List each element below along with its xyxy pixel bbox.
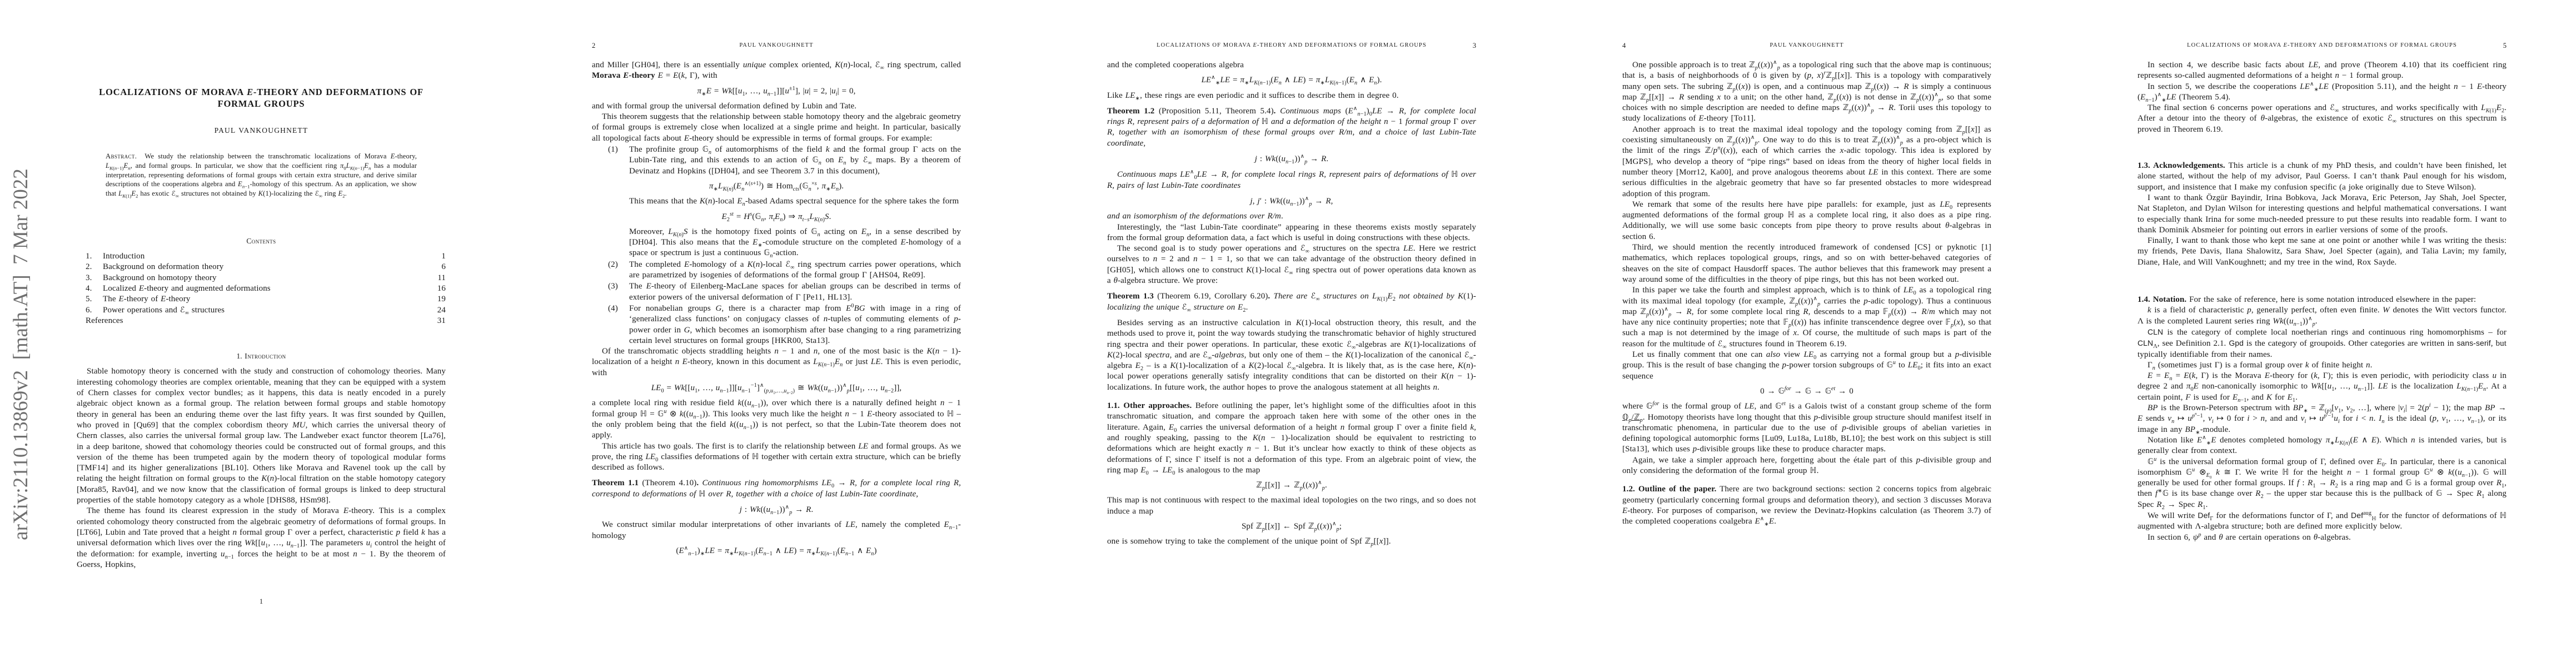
list-item: (4)For nonabelian groups G, there is a c… [629, 303, 961, 346]
paragraph: one is somehow trying to take the comple… [1107, 536, 1476, 547]
display-equation: E2st = Hs(𝔾n, πtEn) ⇒ πt−sLK(n)S. [592, 212, 961, 222]
paragraph: We remark that some of the results here … [1622, 200, 1991, 242]
paragraph: Finally, I want to thank those who kept … [2137, 236, 2507, 268]
paragraph: In section 4, we describe basic facts ab… [2137, 60, 2507, 82]
paragraph: In section 5, we describe the cooperatio… [2137, 82, 2507, 103]
paragraph: One possible approach is to treat ℤp((x)… [1622, 60, 1991, 125]
paragraph: a complete local ring with residue field… [592, 398, 961, 441]
page-4: 4 PAUL VANKOUGHNETT One possible approac… [1546, 0, 2061, 667]
paragraph: Let us finally comment that one can also… [1622, 350, 1991, 382]
arxiv-watermark: arXiv:2110.13869v2 [math.AT] 7 Mar 2022 [9, 147, 33, 561]
page-3: LOCALIZATIONS OF MORAVA E-THEORY AND DEF… [1030, 0, 1546, 667]
display-equation: π∗LK(n)(En∧(s+1)) ≅ Homcts(𝔾n×s, π∗En). [592, 181, 961, 192]
theorem: Continuous maps LE∧0LE → R, for complete… [1107, 170, 1476, 191]
page-2-content: and Miller [GH04], there is an essential… [592, 60, 961, 561]
paragraph: This article has two goals. The first is… [592, 441, 961, 474]
page-number-right: 5 [2503, 42, 2507, 50]
page-2: 2 PAUL VANKOUGHNETT and Miller [GH04], t… [515, 0, 1030, 667]
page-1: arXiv:2110.13869v2 [math.AT] 7 Mar 2022 … [0, 0, 515, 667]
paragraph: and Miller [GH04], there is an essential… [592, 60, 961, 82]
running-head: LOCALIZATIONS OF MORAVA E-THEORY AND DEF… [2137, 42, 2507, 51]
running-head: 2 PAUL VANKOUGHNETT [592, 42, 961, 51]
list-item: Moreover, LK(n)S is the homotopy fixed p… [629, 227, 961, 259]
page-1-number: 1 [77, 598, 446, 606]
paragraph: Interestingly, the “last Lubin-Tate coor… [1107, 222, 1476, 244]
paragraph: Like LE∗, these rings are even periodic … [1107, 91, 1476, 101]
paragraph: Stable homotopy theory is concerned with… [77, 366, 446, 506]
page-1-content: LOCALIZATIONS OF MORAVA E-THEORY AND DEF… [77, 0, 446, 570]
abstract: Abstract. We study the relationship betw… [106, 152, 417, 198]
paragraph: 𝔾u is the universal deformation formal g… [2137, 457, 2507, 510]
paragraph: CLN is the category of complete local no… [2137, 327, 2507, 360]
paragraph: We construct similar modular interpretat… [592, 520, 961, 541]
paragraph: The final section 6 concerns power opera… [2137, 103, 2507, 135]
display-equation: Spf ℤp[[x]] ← Spf ℤp((x))∧p; [1107, 521, 1476, 532]
paragraph: I want to thank Özgür Bayindir, Irina Bo… [2137, 193, 2507, 236]
paragraph: Third, we should mention the recently in… [1622, 242, 1991, 285]
paragraph: We will write DefΓ for the deformations … [2137, 510, 2507, 532]
paragraph: k is a field of characteristic p, genera… [2137, 305, 2507, 327]
paragraph: 1.1. Other approaches. Before outlining … [1107, 401, 1476, 476]
table-of-contents: 1.Introduction12.Background on deformati… [86, 251, 446, 326]
toc-row: 2.Background on deformation theory6 [86, 262, 446, 272]
running-title: PAUL VANKOUGHNETT [739, 42, 813, 48]
page-number-left: 2 [592, 42, 595, 50]
list-item: This means that the K(n)-local En-based … [629, 196, 961, 207]
paragraph: Γn (sometimes just Γ) is a formal group … [2137, 360, 2507, 371]
toc-row: 1.Introduction1 [86, 251, 446, 262]
toc-row: 3.Background on homotopy theory11 [86, 273, 446, 283]
display-equation: j, j′ : Wk((un−1))∧p → R, [1107, 196, 1476, 207]
paragraph: where 𝔾for is the formal group of LE, an… [1622, 401, 1991, 455]
display-equation: ℤp[[x]] → ℤp((x))∧p. [1107, 480, 1476, 491]
display-equation: (E∧n−1)∗LE = π∗LK(n−1)(En−1 ∧ LE) = π∗LK… [592, 546, 961, 556]
paragraph: 1.3. Acknowledgements. This article is a… [2137, 161, 2507, 193]
toc-row: References31 [86, 316, 446, 326]
section-heading: Contents [77, 236, 446, 246]
paragraph: The second goal is to study power operat… [1107, 243, 1476, 286]
paper-title: LOCALIZATIONS OF MORAVA E-THEORY AND DEF… [77, 87, 446, 109]
paragraph: BP is the Brown-Peterson spectrum with B… [2137, 403, 2507, 435]
paragraph: Besides serving as an instructive calcul… [1107, 318, 1476, 393]
running-head: 4 PAUL VANKOUGHNETT [1622, 42, 1991, 51]
running-head: LOCALIZATIONS OF MORAVA E-THEORY AND DEF… [1107, 42, 1476, 51]
display-equation: 0 → 𝔾for → 𝔾 → 𝔾et → 0 [1622, 386, 1991, 397]
display-equation: j : Wk((un−1))∧p → R. [592, 505, 961, 515]
theorem: Theorem 1.1 (Theorem 4.10). Continuous r… [592, 478, 961, 500]
running-title: LOCALIZATIONS OF MORAVA E-THEORY AND DEF… [2187, 42, 2457, 48]
page-5: LOCALIZATIONS OF MORAVA E-THEORY AND DEF… [2061, 0, 2576, 667]
paragraph: 1.2. Outline of the paper. There are two… [1622, 484, 1991, 527]
page-5-content: In section 4, we describe basic facts ab… [2137, 60, 2507, 543]
display-equation: LE0 = Wk[[u1, …, un−1]][un−1−1]∧(p,u1,…,… [592, 383, 961, 394]
paragraph: Another approach is to treat the maximal… [1622, 125, 1991, 200]
running-title: PAUL VANKOUGHNETT [1770, 42, 1843, 48]
paragraph: 1.4. Notation. For the sake of reference… [2137, 295, 2507, 305]
paragraph: In section 6, ψp and θ are certain opera… [2137, 532, 2507, 543]
toc-row: 4.Localized E-theory and augmented defor… [86, 283, 446, 294]
display-equation: j : Wk((un−1))∧p → R. [1107, 154, 1476, 165]
paragraph: The theme has found its clearest express… [77, 506, 446, 570]
paragraph: Again, we take a simpler approach here, … [1622, 455, 1991, 477]
toc-row: 5.The E-theory of E-theory19 [86, 294, 446, 305]
paragraph: E = En = E(k, Γ) is the Morava E-theory … [2137, 371, 2507, 403]
paragraph: Of the transchromatic objects straddling… [592, 346, 961, 379]
theorem: Theorem 1.3 (Theorem 6.19, Corollary 6.2… [1107, 291, 1476, 313]
section-heading: 1. Introduction [77, 351, 446, 361]
display-equation: π∗E = Wk[[u1, …, un−1]][u±1], |u| = 2, |… [592, 86, 961, 97]
theorem: Theorem 1.2 (Proposition 5.11, Theorem 5… [1107, 106, 1476, 149]
running-title: LOCALIZATIONS OF MORAVA E-THEORY AND DEF… [1157, 42, 1427, 48]
author-name: PAUL VANKOUGHNETT [77, 125, 446, 136]
list-item: (3)The E-theory of Eilenberg-MacLane spa… [629, 281, 961, 303]
page-3-content: and the completed cooperations algebraLE… [1107, 60, 1476, 547]
paragraph: This map is not continuous with respect … [1107, 495, 1476, 517]
paragraph: In this paper we take the fourth and sim… [1622, 285, 1991, 350]
paragraph: and an isomorphism of the deformations o… [1107, 211, 1476, 222]
paragraph: This theorem suggests that the relations… [592, 112, 961, 144]
paragraph: Notation like E∧∗E denotes completed hom… [2137, 435, 2507, 457]
display-equation: LE∧∗LE = π∗LK(n−1)(En ∧ LE) = π∗LK(n−1)(… [1107, 75, 1476, 86]
list-item: (1)The profinite group 𝔾n of automorphis… [629, 145, 961, 177]
page-number-right: 3 [1473, 42, 1476, 50]
paragraph: and the completed cooperations algebra [1107, 60, 1476, 71]
toc-row: 6.Power operations and ℰ∞ structures24 [86, 305, 446, 316]
paragraph: and with formal group the universal defo… [592, 101, 961, 112]
page-number-left: 4 [1622, 42, 1626, 50]
page-4-content: One possible approach is to treat ℤp((x)… [1622, 60, 1991, 527]
list-item: (2)The completed E-homology of a K(n)-lo… [629, 260, 961, 281]
